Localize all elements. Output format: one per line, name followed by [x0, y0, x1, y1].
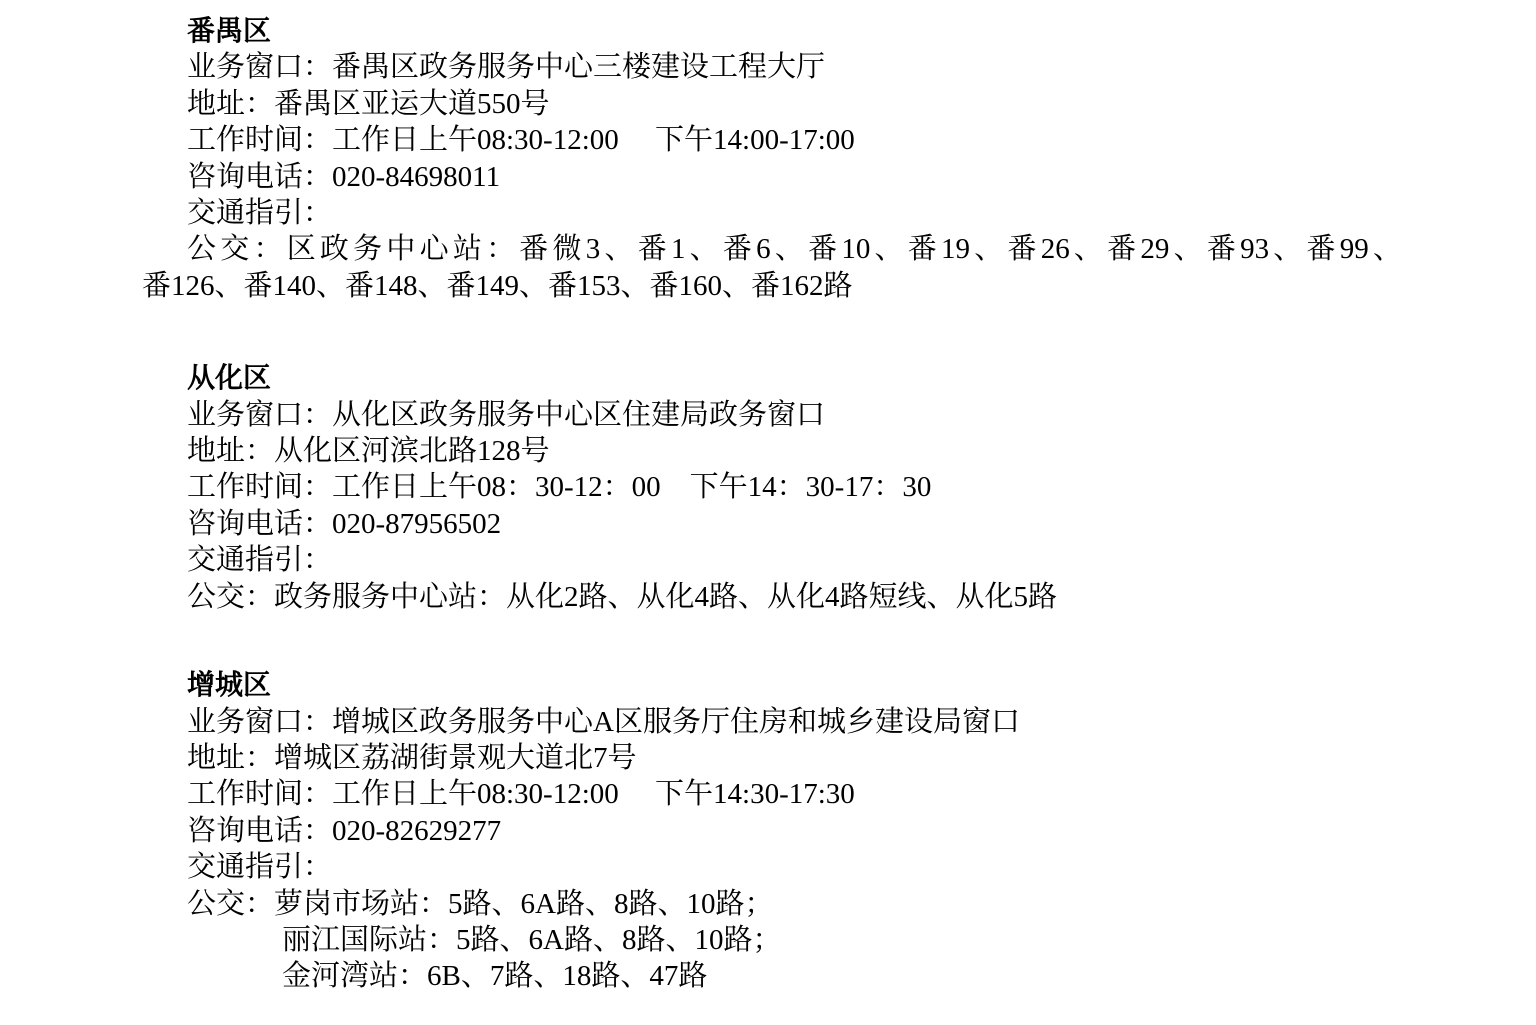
service-window-line: 业务窗口：番禺区政务服务中心三楼建设工程大厅 — [142, 49, 1402, 85]
transit-guide-label: 交通指引： — [142, 195, 1402, 231]
service-window-line: 业务窗口：增城区政务服务中心A区服务厅住房和城乡建设局窗口 — [142, 704, 1402, 740]
address-line: 地址：增城区荔湖街景观大道北7号 — [142, 740, 1402, 776]
district-section-conghua: 从化区 业务窗口：从化区政务服务中心区住建局政务窗口 地址：从化区河滨北路128… — [142, 360, 1536, 615]
phone-line: 咨询电话：020-82629277 — [142, 813, 1402, 849]
bus-routes-line-2: 番126、番140、番148、番149、番153、番160、番162路 — [142, 268, 1402, 304]
bus-routes-line-1: 公交：萝岗市场站：5路、6A路、8路、10路； — [142, 886, 1402, 922]
working-hours-line: 工作时间：工作日上午08：30-12：00 下午14：30-17：30 — [142, 469, 1402, 505]
district-section-zengcheng: 增城区 业务窗口：增城区政务服务中心A区服务厅住房和城乡建设局窗口 地址：增城区… — [142, 667, 1536, 995]
district-heading: 从化区 — [142, 360, 1536, 396]
address-line: 地址：番禺区亚运大道550号 — [142, 86, 1402, 122]
bus-routes-line-2: 丽江国际站：5路、6A路、8路、10路； — [142, 922, 1402, 958]
district-heading: 增城区 — [142, 667, 1536, 703]
transit-guide-label: 交通指引： — [142, 849, 1402, 885]
phone-line: 咨询电话：020-87956502 — [142, 506, 1402, 542]
transit-guide-label: 交通指引： — [142, 542, 1402, 578]
district-section-panyu: 番禺区 业务窗口：番禺区政务服务中心三楼建设工程大厅 地址：番禺区亚运大道550… — [142, 13, 1536, 304]
working-hours-line: 工作时间：工作日上午08:30-12:00 下午14:30-17:30 — [142, 776, 1402, 812]
working-hours-line: 工作时间：工作日上午08:30-12:00 下午14:00-17:00 — [142, 122, 1402, 158]
address-line: 地址：从化区河滨北路128号 — [142, 433, 1402, 469]
document-page: 番禺区 业务窗口：番禺区政务服务中心三楼建设工程大厅 地址：番禺区亚运大道550… — [0, 0, 1536, 1025]
district-heading: 番禺区 — [142, 13, 1536, 49]
bus-routes-line-1: 公交：区政务中心站：番微3、番1、番6、番10、番19、番26、番29、番93、… — [142, 231, 1402, 267]
phone-line: 咨询电话：020-84698011 — [142, 159, 1402, 195]
service-window-line: 业务窗口：从化区政务服务中心区住建局政务窗口 — [142, 397, 1402, 433]
bus-routes-line-1: 公交：政务服务中心站：从化2路、从化4路、从化4路短线、从化5路 — [142, 579, 1402, 615]
bus-routes-line-3: 金河湾站：6B、7路、18路、47路 — [142, 958, 1402, 994]
